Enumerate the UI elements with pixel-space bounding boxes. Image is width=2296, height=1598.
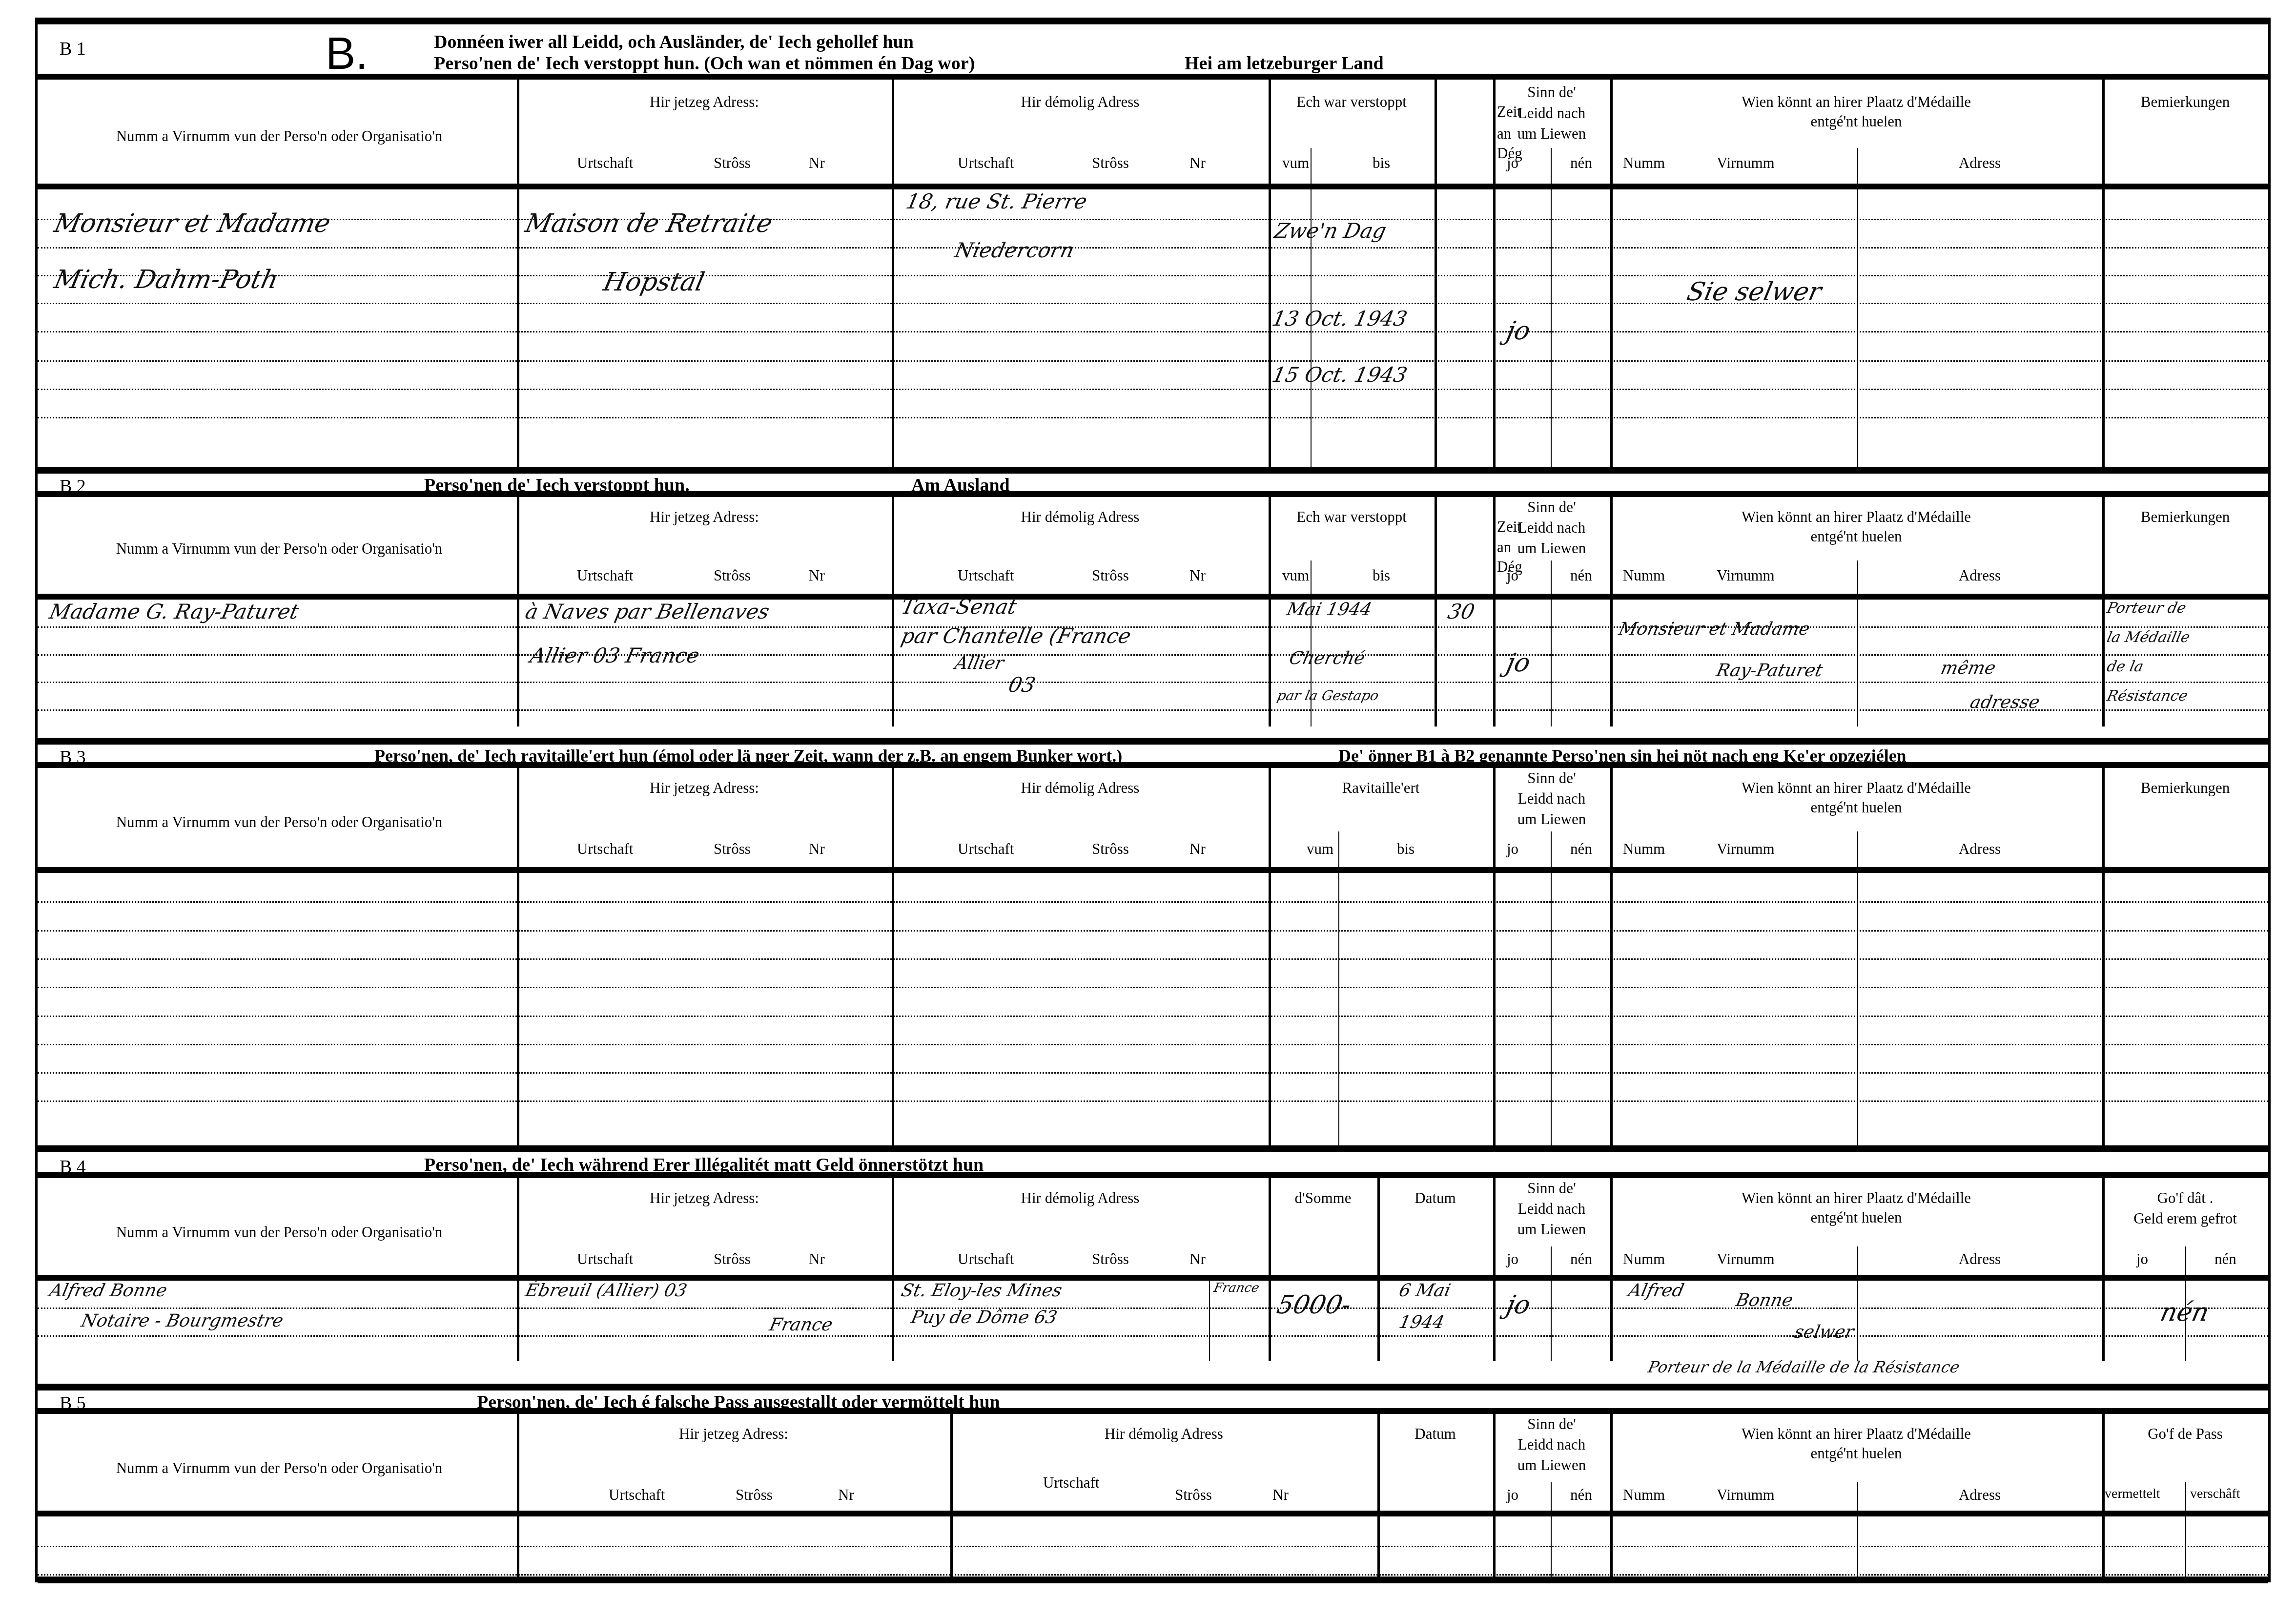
section-b3: B 3 Perso'nen, de' Iech ravitaille'ert h…: [38, 738, 2268, 1145]
entry-date-line2: 1944: [1397, 1312, 1446, 1332]
entry-former-line3: Allier: [953, 653, 1006, 673]
header-medal-1: Wien könnt an hirer Plaatz d'Médaille: [1610, 1188, 2102, 1208]
header-bis: bis: [1373, 565, 1390, 586]
header-urtschaft: Urtschaft: [958, 565, 1014, 586]
header-former-address: Hir démolig Adress: [892, 778, 1269, 798]
header-bis: bis: [1397, 839, 1414, 859]
header-gave-nen: nén: [2214, 1249, 2236, 1269]
header-virnumm: Virnumm: [1717, 839, 1775, 859]
entry-former-line1: 18, rue St. Pierre: [904, 189, 1089, 213]
col-divider: [1435, 80, 1437, 189]
entry-former-line1: St. Eloy-les Mines: [900, 1281, 1064, 1301]
header-nr: Nr: [809, 565, 825, 586]
entry-current-line2: Allier 03 France: [528, 643, 702, 667]
entry-former-line1: Taxa-Senat: [899, 595, 1019, 619]
b4-header-row: Numm a Virnumm vun der Perso'n oder Orga…: [38, 1172, 2268, 1281]
b2-header-row: Numm a Virnumm vun der Perso'n oder Orga…: [38, 491, 2268, 600]
entry-hidden-note1: Cherché: [1288, 648, 1367, 668]
header-current-address: Hir jetzeg Adress:: [517, 778, 892, 798]
header-virnumm: Virnumm: [1717, 1485, 1775, 1505]
header-hidden: Ech war verstoppt: [1269, 92, 1435, 112]
entry-former-line2: Puy de Dôme 63: [909, 1307, 1059, 1328]
entry-sum: 5000-: [1274, 1290, 1354, 1320]
entry-name-line1: Alfred Bonne: [48, 1281, 169, 1301]
header-numm: Numm: [1623, 839, 1665, 859]
b4-footnote: Porteur de la Médaille de la Résistance: [1646, 1358, 1961, 1376]
header-urtschaft: Urtschaft: [958, 153, 1014, 173]
header-jo: jo: [1507, 1485, 1518, 1505]
section-b2: B 2 Perso'nen de' Iech verstoppt hun. Am…: [38, 467, 2268, 738]
header-adress: Adress: [1857, 839, 2102, 859]
header-stross: Strôss: [714, 153, 751, 173]
b4-data-row: Alfred Bonne Notaire - Bourgmestre Ébreu…: [38, 1275, 2268, 1361]
section-code: B 1: [60, 38, 86, 60]
entry-survived-yes: jo: [1504, 316, 1533, 346]
header-name: Numm a Virnumm vun der Perso'n oder Orga…: [47, 812, 511, 832]
header-nen: nén: [1570, 839, 1592, 859]
header-nr: Nr: [1189, 565, 1206, 586]
entry-name-line1: Monsieur et Madame: [52, 209, 333, 238]
section-title-line2: Perso'nen de' Iech verstoppt hun. (Och w…: [434, 53, 975, 74]
header-leidd: Leidd nach: [1493, 1434, 1610, 1455]
entry-gave-back-no: nén: [2158, 1298, 2212, 1327]
header-vum: vum: [1282, 565, 1309, 586]
header-current-address: Hir jetzeg Adress:: [517, 1424, 950, 1444]
entry-medal-addr2: adresse: [1968, 692, 2042, 712]
header-medal-2: entgé'nt huelen: [1610, 1207, 2102, 1228]
header-numm: Numm: [1623, 1249, 1665, 1269]
entry-former-line2: par Chantelle (France: [899, 624, 1133, 648]
form-page: B 1 B. Donnéen iwer all Leidd, och Auslä…: [35, 18, 2271, 1582]
header-bis: bis: [1373, 153, 1390, 173]
b1-title-row: B 1 B. Donnéen iwer all Leidd, och Auslä…: [38, 18, 2268, 81]
header-virnumm: Virnumm: [1717, 565, 1775, 586]
header-gave-jo: jo: [2136, 1249, 2148, 1269]
entry-name: Madame G. Ray-Paturet: [47, 600, 301, 623]
header-pass: Go'f de Pass: [2102, 1424, 2268, 1444]
header-name: Numm a Virnumm vun der Perso'n oder Orga…: [47, 1222, 511, 1243]
header-jo: jo: [1507, 565, 1518, 586]
header-medal-1: Wien könnt an hirer Plaatz d'Médaille: [1610, 778, 2102, 798]
header-urtschaft: Urtschaft: [577, 153, 633, 173]
header-liewen: um Liewen: [1493, 1455, 1610, 1475]
header-date: Datum: [1377, 1424, 1493, 1444]
header-sinn: Sinn de': [1493, 497, 1610, 518]
header-stross: Strôss: [714, 1249, 751, 1269]
remarks-line2: la Médaille: [2105, 629, 2192, 646]
header-remarks: Bemierkungen: [2102, 507, 2268, 527]
header-medal-2: entgé'nt huelen: [1610, 1443, 2102, 1464]
entry-medal-line1: Monsieur et Madame: [1617, 619, 1812, 639]
header-liewen: um Liewen: [1493, 1219, 1610, 1240]
header-gave-2: Geld erem gefrot: [2102, 1208, 2268, 1229]
section-b4: B 4 Perso'nen, de' Iech während Erer Ill…: [38, 1145, 2268, 1384]
header-adress: Adress: [1857, 565, 2102, 586]
header-nen: nén: [1570, 1485, 1592, 1505]
header-leidd: Leidd nach: [1493, 789, 1610, 809]
header-verschaft: verschâft: [2190, 1485, 2240, 1503]
entry-name-line2: Mich. Dahm-Poth: [52, 265, 281, 294]
header-stross: Strôss: [714, 565, 751, 586]
b5-header-row: Numm a Virnumm vun der Perso'n oder Orga…: [38, 1408, 2268, 1516]
entry-current-line1: à Naves par Bellenaves: [523, 600, 772, 623]
entry-current-line1: Ébreuil (Allier) 03: [524, 1281, 689, 1301]
header-nen: nén: [1570, 565, 1592, 586]
section-title-right: Hei am letzeburger Land: [1185, 53, 1384, 74]
section-b5: B 5 Person'nen, de' Iech é falsche Pass …: [38, 1384, 2268, 1584]
header-liewen: um Liewen: [1493, 809, 1610, 830]
header-medal-1: Wien könnt an hirer Plaatz d'Médaille: [1610, 507, 2102, 527]
header-name: Numm a Virnumm vun der Perso'n oder Orga…: [47, 539, 511, 559]
remarks-line3: de la: [2105, 658, 2145, 675]
header-medal-2: entgé'nt huelen: [1610, 797, 2102, 818]
entry-hidden-note2: par la Gestapo: [1275, 687, 1380, 704]
header-nen: nén: [1570, 1249, 1592, 1269]
entry-former-line4: 03: [1006, 673, 1038, 697]
header-virnumm: Virnumm: [1717, 1249, 1775, 1269]
header-urtschaft: Urtschaft: [577, 1249, 633, 1269]
entry-days: 30: [1446, 600, 1477, 623]
header-current-address: Hir jetzeg Adress:: [517, 507, 892, 527]
b5-data-row: [38, 1511, 2268, 1582]
entry-survived-yes: jo: [1504, 1290, 1533, 1320]
header-former-address: Hir démolig Adress: [950, 1424, 1377, 1444]
header-liewen: um Liewen: [1493, 538, 1610, 559]
header-urtschaft: Urtschaft: [577, 565, 633, 586]
header-jo: jo: [1507, 153, 1518, 173]
header-jo: jo: [1507, 839, 1518, 859]
header-medal-2: entgé'nt huelen: [1610, 111, 2102, 132]
header-nr: Nr: [809, 839, 825, 859]
entry-medal-firstname: Bonne: [1734, 1290, 1795, 1310]
b2-data-row: Madame G. Ray-Paturet à Naves par Bellen…: [38, 594, 2268, 726]
header-current-address: Hir jetzeg Adress:: [517, 92, 892, 112]
header-vermettelt: vermettelt: [2105, 1485, 2160, 1503]
header-name: Numm a Virnumm vun der Perso'n oder Orga…: [47, 126, 511, 146]
entry-name-line2: Notaire - Bourgmestre: [80, 1311, 285, 1331]
header-nr: Nr: [809, 153, 825, 173]
header-virnumm: Virnumm: [1717, 153, 1775, 173]
header-vum: vum: [1282, 153, 1309, 173]
header-supplied: Ravitaille'ert: [1269, 778, 1493, 798]
header-urtschaft: Urtschaft: [958, 1249, 1014, 1269]
header-former-address: Hir démolig Adress: [892, 92, 1269, 112]
entry-current-line2: France: [768, 1315, 835, 1335]
b1-data-row: Monsieur et Madame Mich. Dahm-Poth Maiso…: [38, 184, 2268, 473]
header-sum: d'Somme: [1269, 1188, 1377, 1208]
form-letter: B.: [326, 28, 368, 80]
header-leidd: Leidd nach: [1493, 103, 1610, 124]
header-numm: Numm: [1623, 565, 1665, 586]
header-sinn: Sinn de': [1493, 82, 1610, 103]
entry-medal-name: Sie selwer: [1684, 277, 1824, 307]
entry-hidden-from: Mai 1944: [1285, 600, 1374, 620]
header-sinn: Sinn de': [1493, 1178, 1610, 1199]
header-sinn: Sinn de': [1493, 1414, 1610, 1434]
remarks-line1: Porteur de: [2105, 600, 2188, 617]
header-liewen: um Liewen: [1493, 124, 1610, 144]
header-hidden: Ech war verstoppt: [1269, 507, 1435, 527]
header-urtschaft: Urtschaft: [609, 1485, 665, 1505]
header-numm: Numm: [1623, 153, 1665, 173]
entry-hidden-to: 15 Oct. 1943: [1270, 363, 1410, 387]
header-stross: Strôss: [1092, 839, 1129, 859]
entry-former-line2: Niedercorn: [953, 238, 1076, 262]
header-medal-1: Wien könnt an hirer Plaatz d'Médaille: [1610, 1424, 2102, 1444]
entry-medal-line2: selwer: [1793, 1322, 1856, 1342]
remarks-line4: Résistance: [2105, 687, 2189, 705]
entry-medal-name: Alfred: [1627, 1281, 1686, 1301]
entry-hidden-from: 13 Oct. 1943: [1270, 307, 1410, 331]
header-stross: Strôss: [1092, 565, 1129, 586]
header-current-address: Hir jetzeg Adress:: [517, 1188, 892, 1208]
header-nr: Nr: [838, 1485, 854, 1505]
header-nr: Nr: [809, 1249, 825, 1269]
header-nr: Nr: [1272, 1485, 1289, 1505]
header-sinn: Sinn de': [1493, 768, 1610, 789]
b3-data-row: [38, 867, 2268, 1151]
header-vum: vum: [1307, 839, 1333, 859]
header-name: Numm a Virnumm vun der Perso'n oder Orga…: [47, 1458, 511, 1478]
header-stross: Strôss: [1175, 1485, 1212, 1505]
header-jo: jo: [1507, 1249, 1518, 1269]
b3-header-row: Numm a Virnumm vun der Perso'n oder Orga…: [38, 762, 2268, 873]
entry-survived-yes: jo: [1504, 648, 1533, 678]
entry-current-line2: Hopstal: [601, 268, 707, 297]
header-adress: Adress: [1857, 1249, 2102, 1269]
section-b1: B 1 B. Donnéen iwer all Leidd, och Auslä…: [38, 18, 2268, 467]
header-former-address: Hir démolig Adress: [892, 1188, 1269, 1208]
header-urtschaft: Urtschaft: [577, 839, 633, 859]
header-urtschaft: Urtschaft: [1043, 1473, 1099, 1493]
header-adress: Adress: [1857, 153, 2102, 173]
header-numm: Numm: [1623, 1485, 1665, 1505]
header-stross: Strôss: [736, 1485, 773, 1505]
form-bottom-rule: [38, 1577, 2268, 1583]
entry-current-line1: Maison de Retraite: [523, 209, 775, 238]
entry-medal-line2: Ray-Paturet: [1715, 661, 1824, 681]
entry-medal-addr1: même: [1939, 658, 1998, 678]
entry-former-country: France: [1212, 1281, 1261, 1295]
header-leidd: Leidd nach: [1493, 1199, 1610, 1219]
entry-hidden-duration: Zwe'n Dag: [1272, 219, 1389, 243]
header-urtschaft: Urtschaft: [958, 839, 1014, 859]
header-adress: Adress: [1857, 1485, 2102, 1505]
header-date: Datum: [1377, 1188, 1493, 1208]
header-stross: Strôss: [1092, 153, 1129, 173]
entry-date-line1: 6 Mai: [1397, 1281, 1453, 1301]
header-nr: Nr: [1189, 1249, 1206, 1269]
b1-header-row: Numm a Virnumm vun der Perso'n oder Orga…: [38, 74, 2268, 189]
header-remarks: Bemierkungen: [2102, 778, 2268, 798]
header-nr: Nr: [1189, 153, 1206, 173]
header-medal-1: Wien könnt an hirer Plaatz d'Médaille: [1610, 92, 2102, 112]
header-nen: nén: [1570, 153, 1592, 173]
header-former-address: Hir démolig Adress: [892, 507, 1269, 527]
header-stross: Strôss: [714, 839, 751, 859]
header-remarks: Bemierkungen: [2102, 92, 2268, 112]
header-nr: Nr: [1189, 839, 1206, 859]
header-medal-2: entgé'nt huelen: [1610, 526, 2102, 547]
header-stross: Strôss: [1092, 1249, 1129, 1269]
header-gave-1: Go'f dât .: [2102, 1188, 2268, 1208]
header-leidd: Leidd nach: [1493, 518, 1610, 538]
section-title-line1: Donnéen iwer all Leidd, och Ausländer, d…: [434, 31, 914, 53]
